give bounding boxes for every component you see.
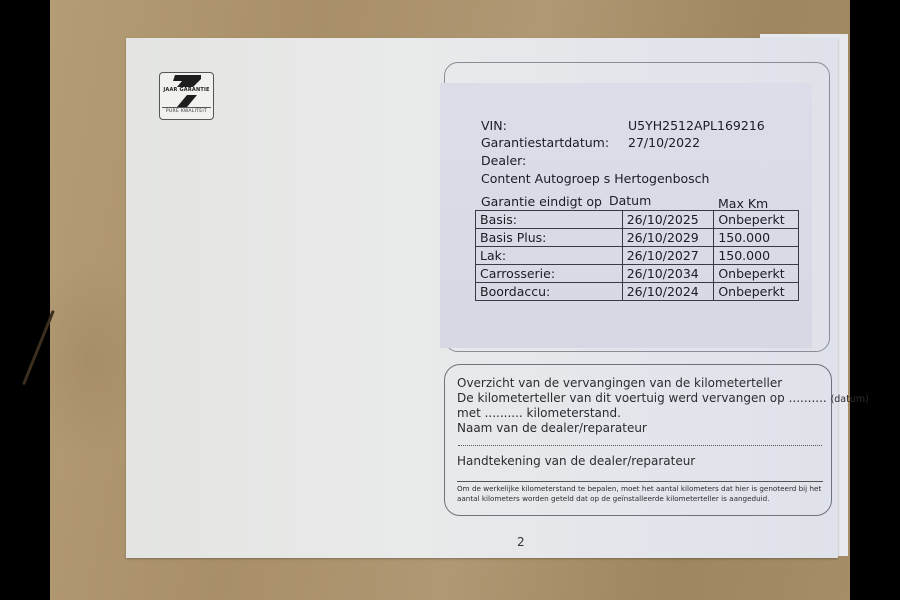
dealer-value: Content Autogroep s Hertogenbosch: [481, 171, 709, 186]
max-km-cell: 150.000: [714, 229, 799, 247]
max-km-cell: 150.000: [714, 247, 799, 265]
table-row: Basis Plus:26/10/2029150.000: [476, 229, 799, 247]
coverage-type-cell: Lak:: [476, 247, 623, 265]
max-km-cell: Onbeperkt: [714, 211, 799, 229]
end-date-cell: 26/10/2027: [622, 247, 714, 265]
odometer-reading-line: met .......... kilometerstand.: [457, 406, 621, 420]
table-row: Boordaccu:26/10/2024Onbeperkt: [476, 283, 799, 301]
signature-label: Handtekening van de dealer/reparateur: [457, 454, 695, 468]
seven-year-warranty-logo: JAAR GARANTIE PURE KWALITEIT: [159, 72, 214, 120]
signature-line: [457, 481, 823, 482]
logo-top-text: JAAR GARANTIE: [160, 87, 213, 93]
end-date-cell: 26/10/2034: [622, 265, 714, 283]
table-header-date: Datum: [609, 193, 651, 208]
max-km-cell: Onbeperkt: [714, 265, 799, 283]
odometer-footnote: Om de werkelijke kilometerstand te bepal…: [457, 484, 829, 504]
table-row: Carrosserie:26/10/2034Onbeperkt: [476, 265, 799, 283]
coverage-type-cell: Boordaccu:: [476, 283, 623, 301]
coverage-type-cell: Carrosserie:: [476, 265, 623, 283]
logo-bottom-text: PURE KWALITEIT: [160, 109, 213, 114]
vin-value: U5YH2512APL169216: [628, 118, 765, 133]
coverage-type-cell: Basis:: [476, 211, 623, 229]
end-date-cell: 26/10/2025: [622, 211, 714, 229]
odometer-replaced-text: De kilometerteller van dit voertuig werd…: [457, 391, 827, 405]
coverage-type-cell: Basis Plus:: [476, 229, 623, 247]
table-header-coverage: Garantie eindigt op: [481, 194, 602, 209]
warranty-table: Basis:26/10/2025OnbeperktBasis Plus:26/1…: [475, 210, 799, 301]
start-date-value: 27/10/2022: [628, 135, 700, 150]
dealer-label: Dealer:: [481, 153, 526, 168]
odometer-title: Overzicht van de vervangingen van de kil…: [457, 376, 782, 390]
start-date-label: Garantiestartdatum:: [481, 135, 609, 150]
dealer-name-label: Naam van de dealer/reparateur: [457, 421, 647, 435]
end-date-cell: 26/10/2029: [622, 229, 714, 247]
page-number: 2: [517, 535, 525, 549]
table-header-max-km: Max Km: [718, 196, 768, 211]
logo-divider: [162, 107, 211, 108]
end-date-cell: 26/10/2024: [622, 283, 714, 301]
dealer-name-dotted-line: [458, 445, 822, 446]
max-km-cell: Onbeperkt: [714, 283, 799, 301]
date-hint: (datum): [831, 394, 869, 405]
odometer-replaced-line: De kilometerteller van dit voertuig werd…: [457, 391, 869, 405]
vin-label: VIN:: [481, 118, 507, 133]
table-row: Basis:26/10/2025Onbeperkt: [476, 211, 799, 229]
table-row: Lak:26/10/2027150.000: [476, 247, 799, 265]
